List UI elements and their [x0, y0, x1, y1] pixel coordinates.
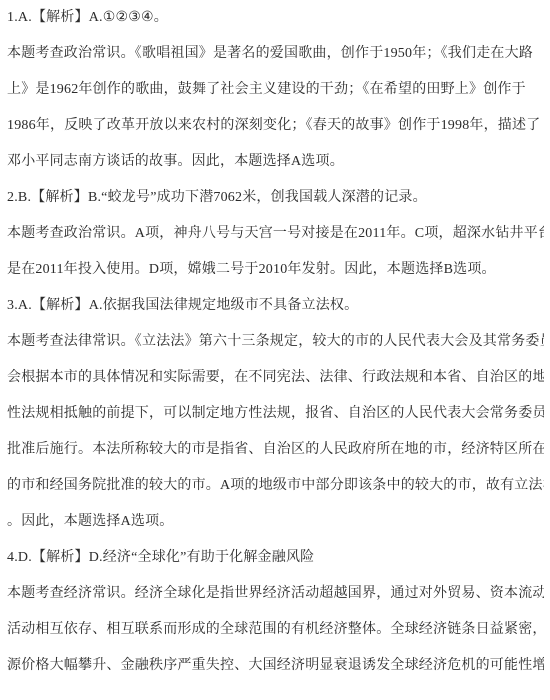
- answer-1-explanation-line: 本题考查政治常识。《歌唱祖国》是著名的爱国歌曲，创作于1950年；《我们走在大路: [7, 36, 544, 72]
- answer-3-explanation-line: 批准后施行。本法所称较大的市是指省、自治区的人民政府所在地的市，经济特区所在地: [7, 432, 544, 468]
- answer-3-explanation-line: 本题考查法律常识。《立法法》第六十三条规定，较大的市的人民代表大会及其常务委员: [7, 324, 544, 360]
- answer-1-explanation-line: 1986年，反映了改革开放以来农村的深刻变化；《春天的故事》创作于1998年，描…: [7, 108, 544, 144]
- answer-3-explanation-line: 的市和经国务院批准的较大的市。A项的地级市中部分即该条中的较大的市，故有立法权: [7, 468, 544, 504]
- answer-1-verdict: 1.A.【解析】A.①②③④。: [7, 0, 544, 36]
- answer-2-verdict: 2.B.【解析】B.“蛟龙号”成功下潜7062米，创我国载人深潜的记录。: [7, 180, 544, 216]
- answer-4-explanation-line: 活动相互依存、相互联系而形成的全球范围的有机经济整体。全球经济链条日益紧密，能: [7, 612, 544, 648]
- answer-1-explanation-line: 上》是1962年创作的歌曲，鼓舞了社会主义建设的干劲；《在希望的田野上》创作于: [7, 72, 544, 108]
- answer-2-explanation-line: 是在2011年投入使用。D项，嫦娥二号于2010年发射。因此，本题选择B选项。: [7, 252, 544, 288]
- document-page: 1.A.【解析】A.①②③④。 本题考查政治常识。《歌唱祖国》是著名的爱国歌曲，…: [0, 0, 550, 700]
- answer-3-explanation-line: 会根据本市的具体情况和实际需要，在不同宪法、法律、行政法规和本省、自治区的地方: [7, 360, 544, 396]
- answer-2-explanation-line: 本题考查政治常识。A项，神舟八号与天宫一号对接是在2011年。C项，超深水钻井平…: [7, 216, 544, 252]
- answer-4-explanation-line: 源价格大幅攀升、金融秩序严重失控、大国经济明显衰退诱发全球经济危机的可能性增大: [7, 648, 544, 684]
- answer-3-explanation-line: 性法规相抵触的前提下，可以制定地方性法规，报省、自治区的人民代表大会常务委员会: [7, 396, 544, 432]
- answer-3-explanation-line: 。因此，本题选择A选项。: [7, 504, 544, 540]
- answer-4-verdict: 4.D.【解析】D.经济“全球化”有助于化解金融风险: [7, 540, 544, 576]
- answer-4-explanation-line: 本题考查经济常识。经济全球化是指世界经济活动超越国界，通过对外贸易、资本流动等: [7, 576, 544, 612]
- answer-3-verdict: 3.A.【解析】A.依据我国法律规定地级市不具备立法权。: [7, 288, 544, 324]
- answer-1-explanation-line: 邓小平同志南方谈话的故事。因此，本题选择A选项。: [7, 144, 544, 180]
